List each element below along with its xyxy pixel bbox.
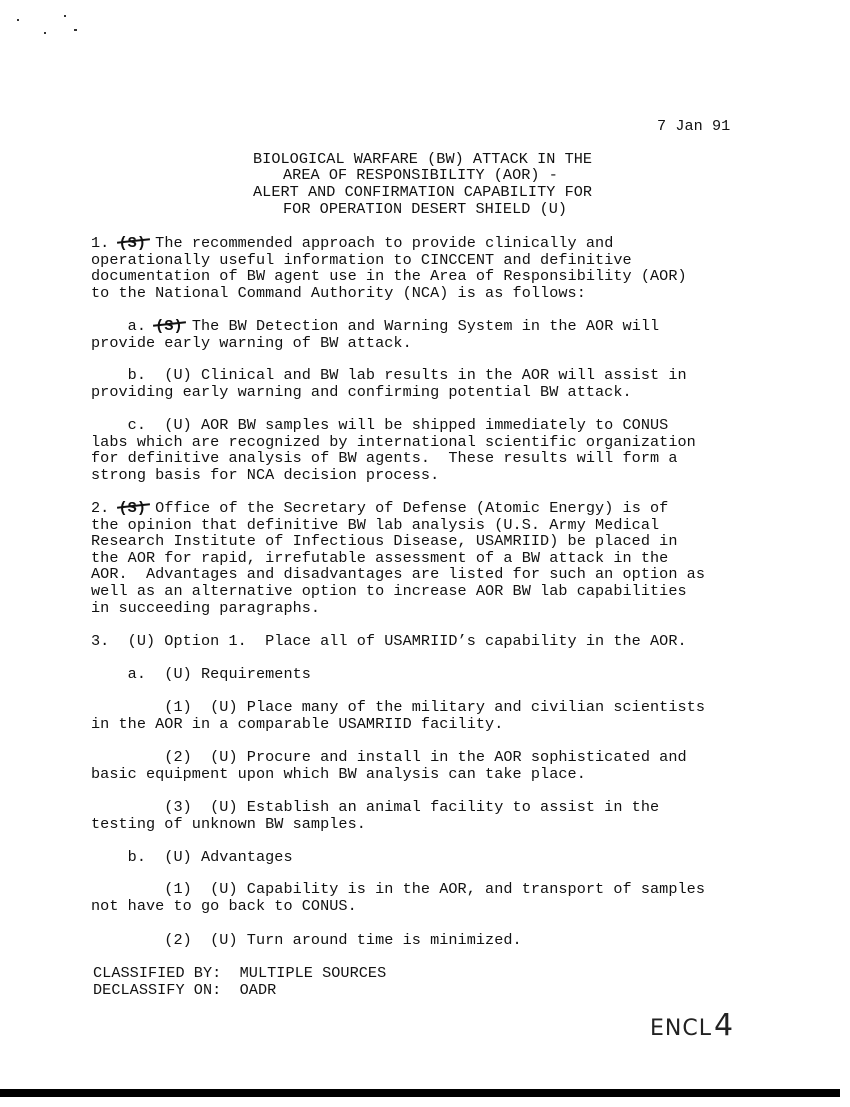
paragraph-1-line-3: documentation of BW agent use in the Are… — [91, 268, 687, 284]
paragraph-2-line-6: well as an alternative option to increas… — [91, 583, 687, 599]
paragraph-1b-line-1: b. (U) Clinical and BW lab results in th… — [91, 367, 687, 383]
document-date: 7 Jan 91 — [657, 118, 730, 134]
scan-speck — [64, 15, 66, 17]
paragraph-3a2-line-1: (2) (U) Procure and install in the AOR s… — [91, 749, 687, 765]
struck-classification-mark: (S) — [155, 318, 183, 334]
paragraph-3a-heading: a. (U) Requirements — [91, 666, 311, 682]
scan-edge-bar — [0, 1089, 840, 1097]
paragraph-1c-line-3: for definitive analysis of BW agents. Th… — [91, 450, 678, 466]
paragraph-3b1-line-1: (1) (U) Capability is in the AOR, and tr… — [91, 881, 705, 897]
paragraph-2-line-5: AOR. Advantages and disadvantages are li… — [91, 566, 705, 582]
paragraph-2-line-1: 2. (S) Office of the Secretary of Defens… — [91, 500, 668, 516]
paragraph-1a-line-1: a. (S) The BW Detection and Warning Syst… — [91, 318, 659, 334]
paragraph-3a3-line-1: (3) (U) Establish an animal facility to … — [91, 799, 659, 815]
paragraph-1b-line-2: providing early warning and confirming p… — [91, 384, 632, 400]
paragraph-3a3-line-2: testing of unknown BW samples. — [91, 816, 366, 832]
paragraph-2-line-4: the AOR for rapid, irrefutable assessmen… — [91, 550, 668, 566]
paragraph-2-line-3: Research Institute of Infectious Disease… — [91, 533, 678, 549]
handwritten-enclosure-note: ENCL4 — [650, 1008, 734, 1043]
struck-classification-mark: (S) — [119, 500, 147, 516]
paragraph-2-line-2: the opinion that definitive BW lab analy… — [91, 517, 659, 533]
paragraph-1c-line-4: strong basis for NCA decision process. — [91, 467, 439, 483]
paragraph-1c-line-1: c. (U) AOR BW samples will be shipped im… — [91, 417, 668, 433]
scan-speck — [17, 19, 19, 21]
paragraph-3a1-line-2: in the AOR in a comparable USAMRIID faci… — [91, 716, 503, 732]
title-line-2: AREA OF RESPONSIBILITY (AOR) - — [283, 167, 558, 183]
paragraph-1-line-4: to the National Command Authority (NCA) … — [91, 285, 586, 301]
classified-by: CLASSIFIED BY: MULTIPLE SOURCES — [93, 965, 386, 981]
document-page: 7 Jan 91 BIOLOGICAL WARFARE (BW) ATTACK … — [0, 0, 850, 1107]
paragraph-3b1-line-2: not have to go back to CONUS. — [91, 898, 357, 914]
title-line-1: BIOLOGICAL WARFARE (BW) ATTACK IN THE — [253, 151, 592, 167]
paragraph-1-line-2: operationally useful information to CINC… — [91, 252, 632, 268]
paragraph-1-line-1: 1. (S) The recommended approach to provi… — [91, 235, 613, 251]
paragraph-1a-line-2: provide early warning of BW attack. — [91, 335, 412, 351]
paragraph-2-line-7: in succeeding paragraphs. — [91, 600, 320, 616]
paragraph-1c-line-2: labs which are recognized by internation… — [91, 434, 696, 450]
title-line-4: FOR OPERATION DESERT SHIELD (U) — [283, 201, 567, 217]
paragraph-3a2-line-2: basic equipment upon which BW analysis c… — [91, 766, 586, 782]
title-line-3: ALERT AND CONFIRMATION CAPABILITY FOR — [253, 184, 592, 200]
paragraph-3b-heading: b. (U) Advantages — [91, 849, 293, 865]
struck-classification-mark: (S) — [119, 235, 147, 251]
paragraph-3b2-line-1: (2) (U) Turn around time is minimized. — [91, 932, 522, 948]
paragraph-3-line-1: 3. (U) Option 1. Place all of USAMRIID’s… — [91, 633, 687, 649]
scan-speck — [44, 32, 46, 34]
declassify-on: DECLASSIFY ON: OADR — [93, 982, 276, 998]
paragraph-3a1-line-1: (1) (U) Place many of the military and c… — [91, 699, 705, 715]
scan-speck — [74, 29, 77, 31]
